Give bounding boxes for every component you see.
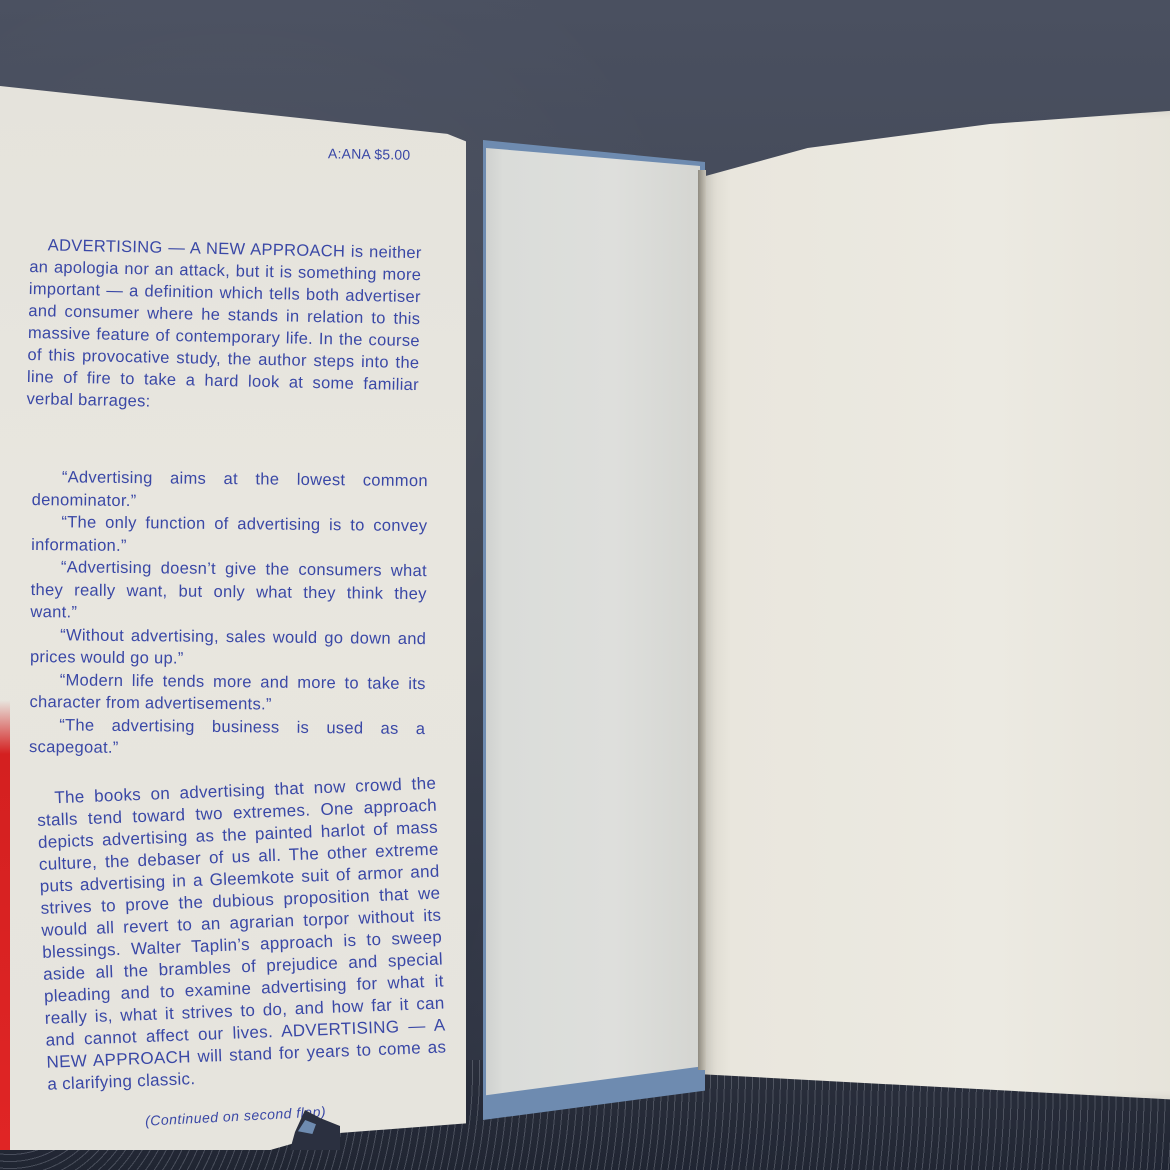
- quote-item: “The only function of advertising is to …: [31, 511, 427, 560]
- quote-item: “Without advertising, sales would go dow…: [30, 623, 426, 672]
- intro-paragraph-text: ADVERTISING — A NEW APPROACH is neither …: [26, 234, 422, 418]
- quote-item: “Advertising doesn’t give the consumers …: [30, 556, 427, 628]
- quote-item: “Advertising aims at the lowest common d…: [32, 466, 428, 515]
- quote-list: “Advertising aims at the lowest common d…: [29, 466, 428, 763]
- price-code: A:ANA $5.00: [328, 142, 411, 165]
- cover-board-pastedown: [486, 148, 700, 1100]
- intro-paragraph: ADVERTISING — A NEW APPROACH is neither …: [26, 234, 422, 418]
- jacket-red-edge: [0, 700, 10, 1150]
- closing-paragraph-text: The books on advertising that now crowd …: [36, 773, 448, 1096]
- endpaper-page: [702, 110, 1170, 1100]
- quote-item: “Modern life tends more and more to take…: [29, 668, 425, 717]
- page-block-edge: [698, 170, 706, 1070]
- quote-item: “The advertising business is used as a s…: [29, 713, 425, 762]
- closing-paragraph: The books on advertising that now crowd …: [36, 773, 448, 1096]
